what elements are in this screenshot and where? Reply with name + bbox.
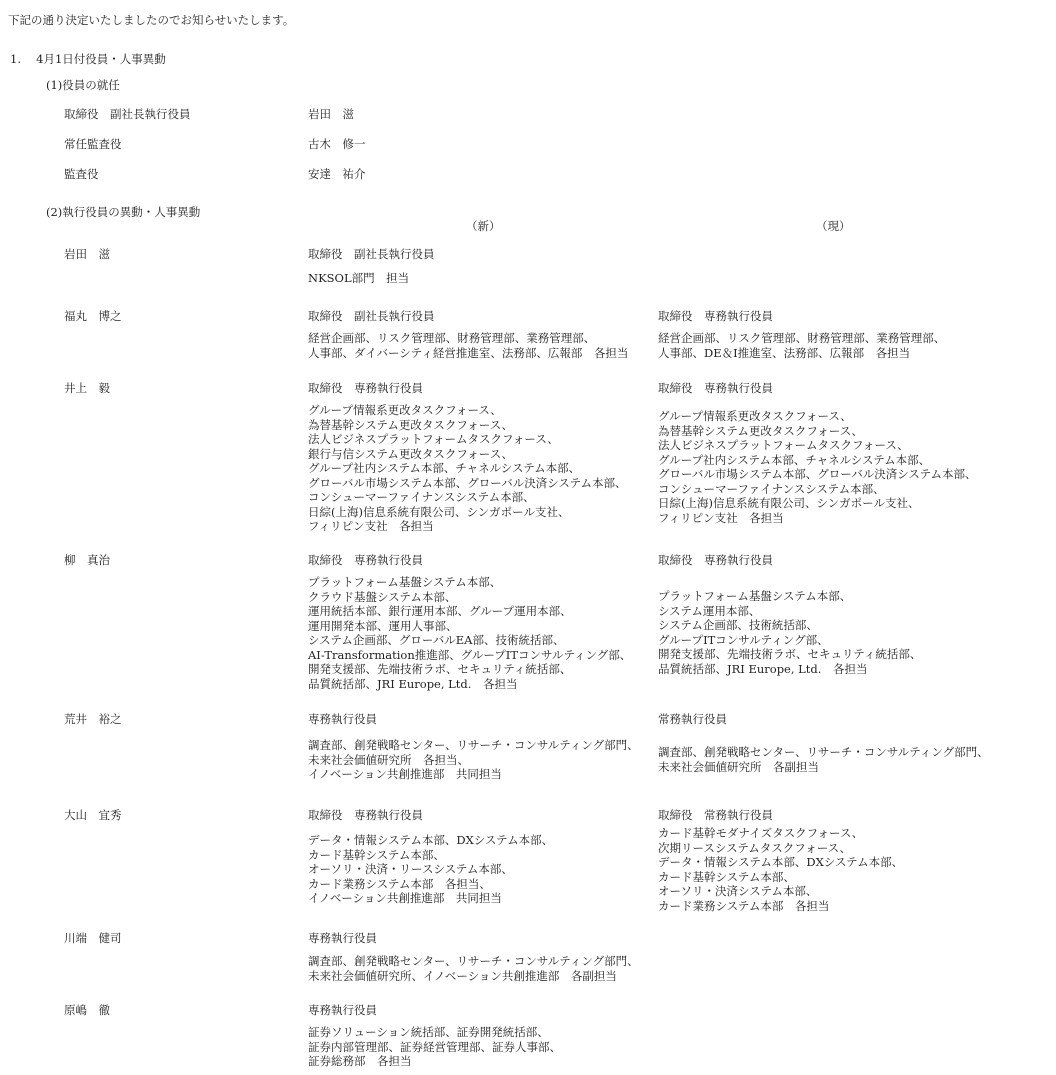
- new-duties: データ・情報システム本部、DXシステム本部、 カード基幹システム本部、 オーソリ…: [308, 833, 553, 906]
- person-name: 大山 宜秀: [64, 808, 122, 823]
- current-title: 常務執行役員: [658, 712, 727, 727]
- current-title: 取締役 専務執行役員: [658, 553, 773, 568]
- new-duties: NKSOL部門 担当: [308, 271, 409, 286]
- new-title: 専務執行役員: [308, 1003, 377, 1018]
- new-duties: 調査部、創発戦略センター、リサーチ・コンサルティング部門、 未来社会価値研究所、…: [308, 954, 639, 983]
- subsection-heading-changes: (2)執行役員の異動・人事異動: [46, 205, 200, 220]
- subsection-heading-appointments: (1)役員の就任: [46, 78, 120, 93]
- intro-text: 下記の通り決定いたしましたのでお知らせいたします。: [8, 13, 294, 28]
- new-duties: 調査部、創発戦略センター、リサーチ・コンサルティング部門、 未来社会価値研究所 …: [308, 738, 639, 782]
- new-title: 取締役 専務執行役員: [308, 808, 423, 823]
- appointment-title: 監査役: [64, 167, 99, 182]
- column-header-new: （新）: [466, 219, 501, 234]
- appointment-title: 取締役 副社長執行役員: [64, 107, 191, 122]
- person-name: 岩田 滋: [64, 247, 110, 262]
- current-title: 取締役 専務執行役員: [658, 381, 773, 396]
- new-title: 取締役 副社長執行役員: [308, 247, 435, 262]
- person-name: 福丸 博之: [64, 309, 122, 324]
- person-name: 井上 毅: [64, 381, 110, 396]
- current-title: 取締役 常務執行役員: [658, 808, 773, 823]
- new-duties: 証券ソリューション統括部、証券開発統括部、 証券内部管理部、証券経営管理部、証券…: [308, 1025, 561, 1069]
- appointment-name: 安達 祐介: [308, 167, 366, 182]
- person-name: 原嶋 徹: [64, 1003, 110, 1018]
- person-name: 荒井 裕之: [64, 712, 122, 727]
- current-duties: 経営企画部、リスク管理部、財務管理部、業務管理部、 人事部、DE＆I推進室、法務…: [658, 331, 945, 360]
- appointment-name: 岩田 滋: [308, 107, 354, 122]
- appointment-title: 常任監査役: [64, 137, 122, 152]
- new-title: 取締役 専務執行役員: [308, 381, 423, 396]
- new-title: 専務執行役員: [308, 712, 377, 727]
- new-title: 取締役 専務執行役員: [308, 553, 423, 568]
- new-title: 専務執行役員: [308, 931, 377, 946]
- appointment-name: 古木 修一: [308, 137, 366, 152]
- current-title: 取締役 専務執行役員: [658, 309, 773, 324]
- current-duties: カード基幹モダナイズタスクフォース、 次期リースシステムタスクフォース、 データ…: [658, 826, 903, 913]
- current-duties: グループ情報系更改タスクフォース、 為替基幹システム更改タスクフォース、 法人ビ…: [658, 409, 977, 525]
- person-name: 川端 健司: [64, 931, 122, 946]
- new-duties: 経営企画部、リスク管理部、財務管理部、業務管理部、 人事部、ダイバーシティ経営推…: [308, 331, 628, 360]
- new-title: 取締役 副社長執行役員: [308, 309, 435, 324]
- current-duties: 調査部、創発戦略センター、リサーチ・コンサルティング部門、 未来社会価値研究所 …: [658, 745, 989, 774]
- new-duties: グループ情報系更改タスクフォース、 為替基幹システム更改タスクフォース、 法人ビ…: [308, 403, 627, 534]
- new-duties: プラットフォーム基盤システム本部、 クラウド基盤システム本部、 運用統括本部、銀…: [308, 575, 631, 691]
- current-duties: プラットフォーム基盤システム本部、 システム運用本部、 システム企画部、技術統括…: [658, 589, 921, 676]
- column-header-current: （現）: [816, 219, 851, 234]
- section-heading: 1. 4月1日付役員・人事異動: [10, 52, 166, 67]
- person-name: 柳 真治: [64, 553, 110, 568]
